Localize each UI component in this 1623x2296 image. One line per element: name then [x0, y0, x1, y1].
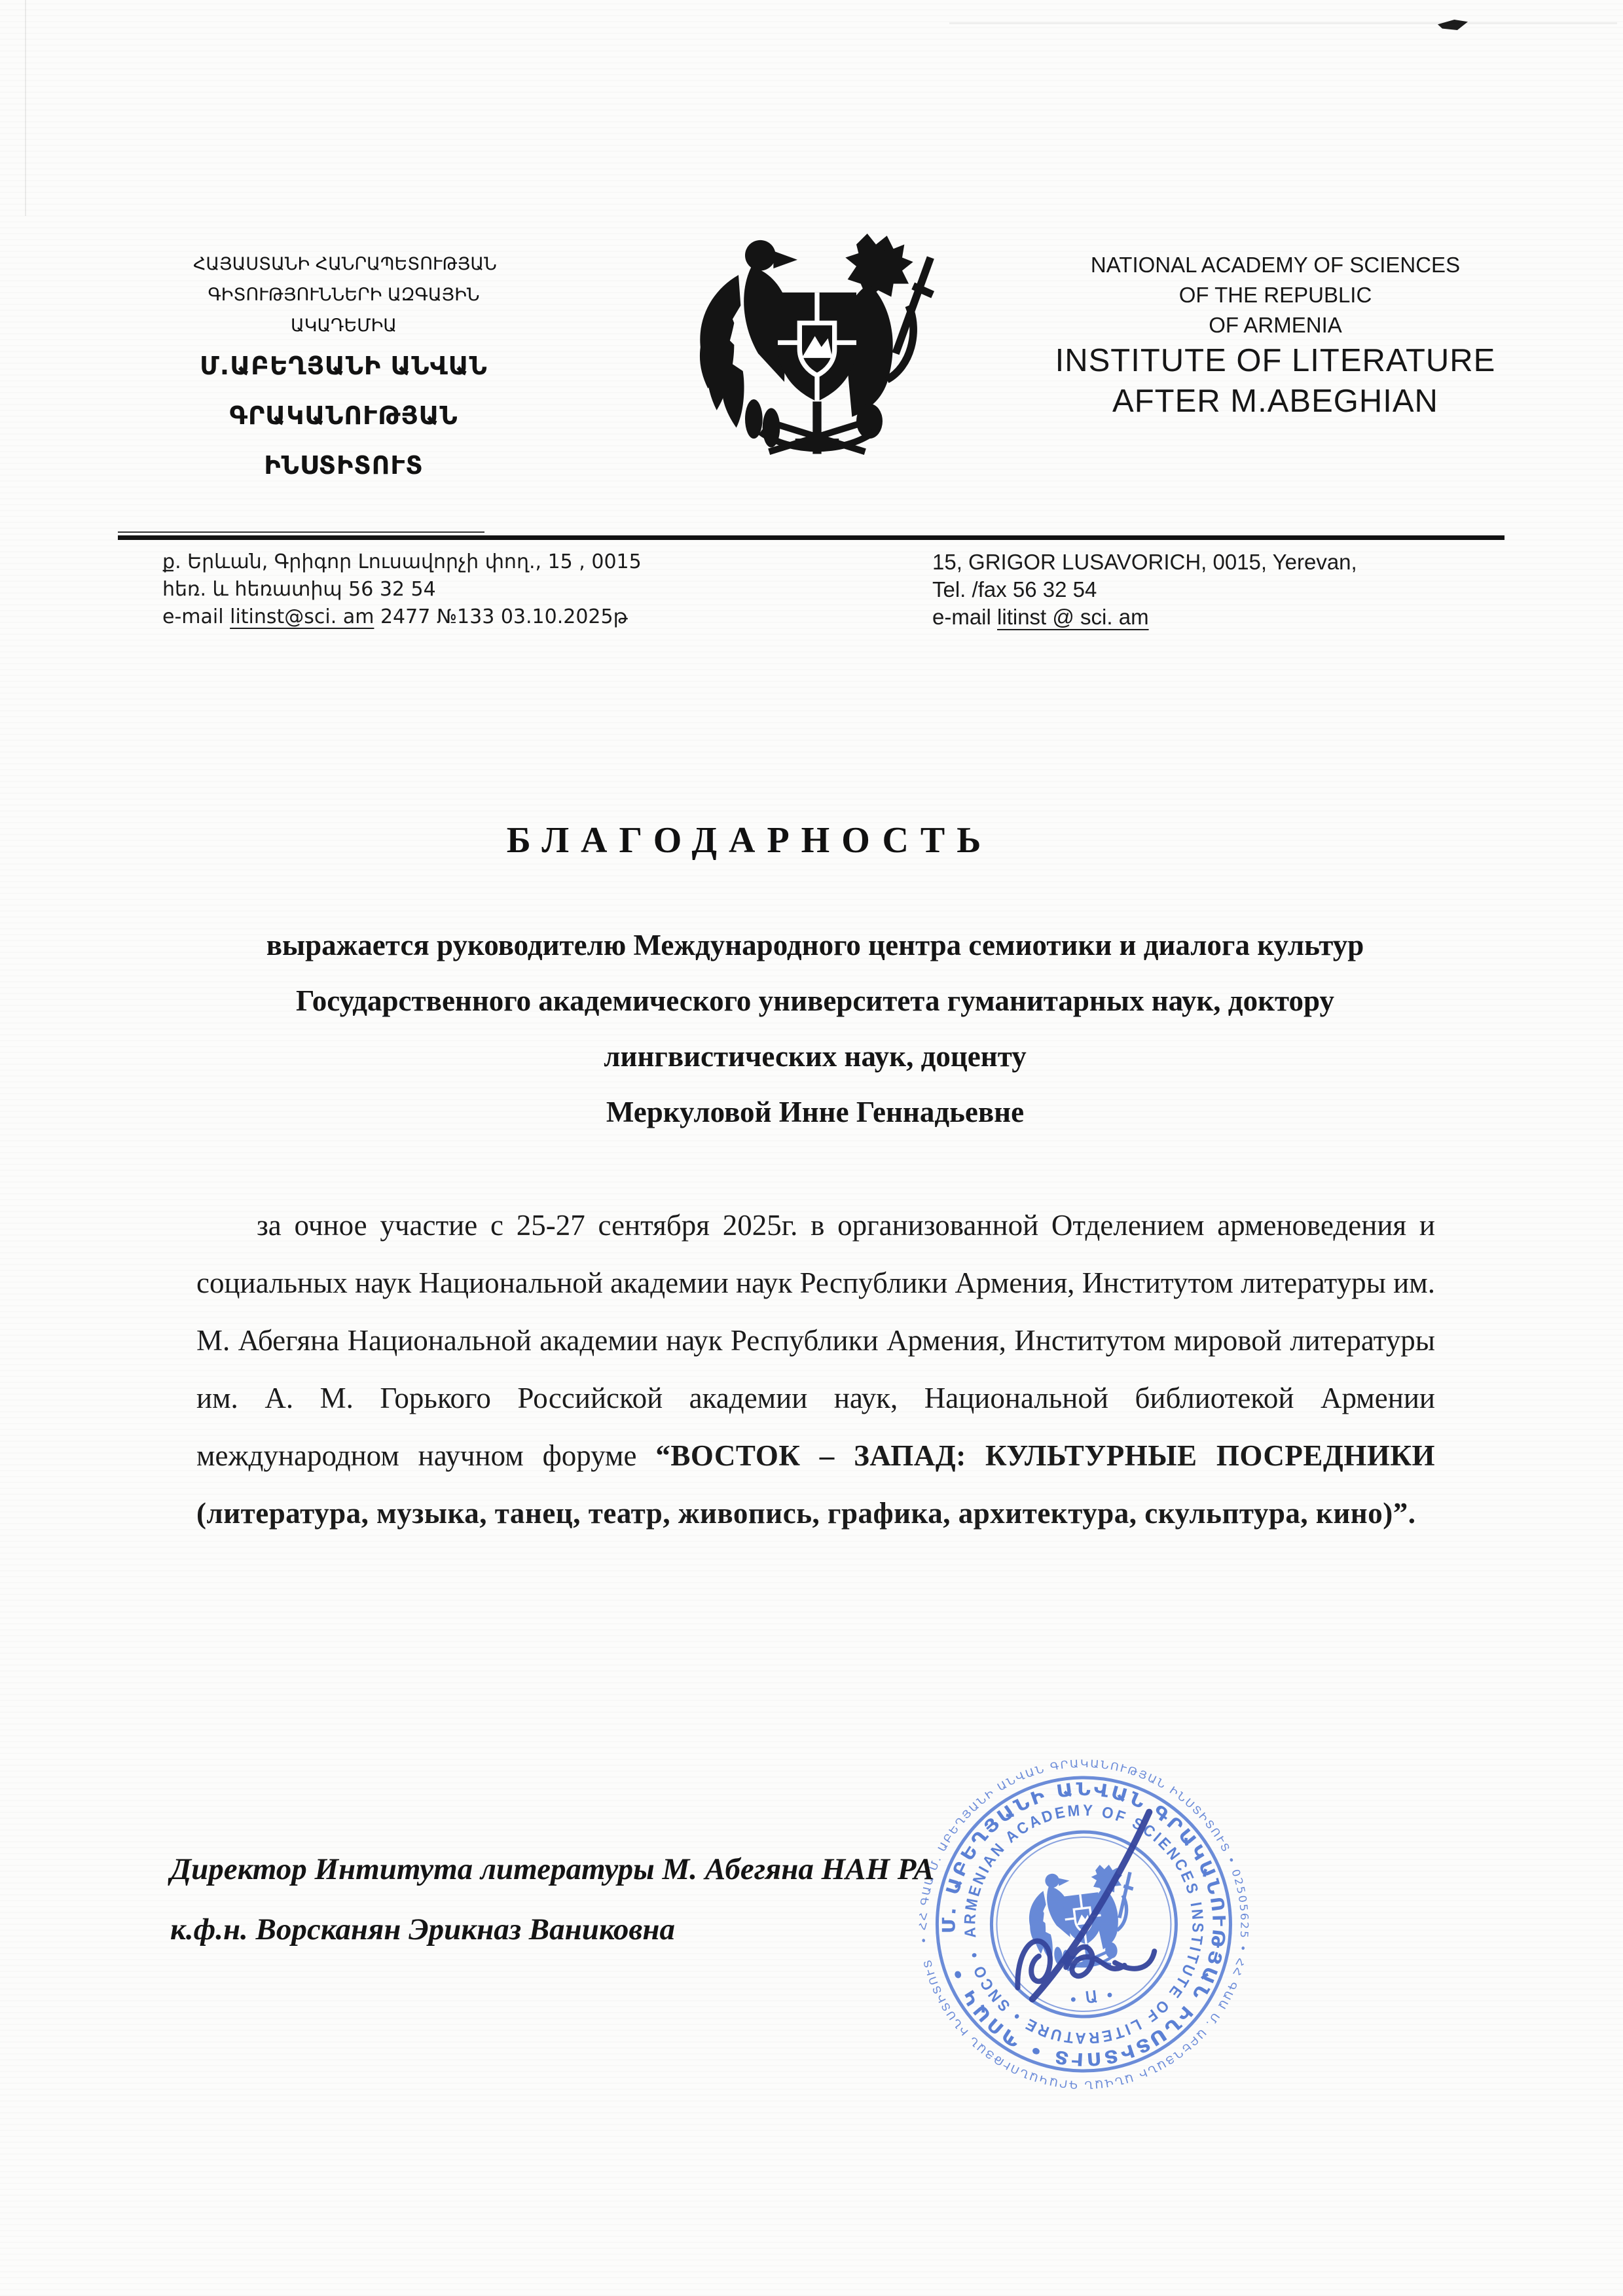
scan-edge-line: [25, 0, 26, 216]
phone-line: Tel. /fax 56 32 54: [932, 576, 1357, 603]
email-line: e-mail litinst @ sci. am: [932, 603, 1357, 631]
recipient-line: Государственного академического универси…: [196, 973, 1434, 1029]
letterhead-armenian-institute-line: ԳՐԱԿԱՆՈՒԹՅԱՆ: [193, 391, 494, 440]
recipient-line: лингвистических наук, доценту: [196, 1029, 1434, 1085]
contact-block-armenian: ք. Երևան, Գրիգոր Լուսավորչի փող., 15 , 0…: [162, 548, 642, 631]
armenia-coat-of-arms-icon: [686, 220, 948, 478]
scan-artifact-mark: [1438, 20, 1468, 30]
address-line: ք. Երևան, Գրիգոր Լուսավորչի փող., 15 , 0…: [162, 548, 642, 576]
letterhead-divider-rule: [118, 535, 1504, 540]
letterhead-divider-echo: [118, 531, 484, 533]
reference-number: 2477 №133 03.10.2025թ: [374, 605, 627, 628]
letterhead-english-line: NATIONAL ACADEMY OF SCIENCES: [1053, 250, 1498, 280]
recipient-name: Меркуловой Инне Геннадьевне: [196, 1085, 1434, 1140]
signature-block: Директор Интитута литературы М. Абегяна …: [170, 1839, 1152, 1960]
letterhead-english-line: OF THE REPUBLIC: [1053, 280, 1498, 310]
letterhead-english-institute-line: AFTER M.ABEGHIAN: [1053, 381, 1498, 422]
signatory-position-line: Директор Интитута литературы М. Абегяна …: [170, 1839, 1152, 1899]
letterhead-armenian-institute-line: Մ.ԱԲԵՂՅԱՆԻ ԱՆՎԱՆ: [193, 341, 494, 391]
letter-body-paragraph: за очное участие с 25-27 сентября 2025г.…: [196, 1196, 1435, 1542]
letterhead-armenian-institute-line: ԻՆՍՏԻՏՈՒՏ: [193, 440, 494, 490]
signatory-name-line: к.ф.н. Ворсканян Эрикназ Ваниковна: [170, 1899, 1152, 1960]
email-address: litinst @ sci. am: [997, 605, 1149, 629]
letterhead-armenian-line: ԳԻՏՈՒԹՅՈՒՆՆԵՐԻ ԱԶԳԱՅԻՆ: [193, 279, 494, 310]
letter-title: БЛАГОДАРНОСТЬ: [131, 819, 1368, 861]
body-text: за очное участие с 25-27 сентября 2025г.…: [196, 1209, 1435, 1472]
recipient-block: выражается руководителю Международного ц…: [196, 918, 1434, 1140]
letterhead-english-line: OF ARMENIA: [1053, 310, 1498, 340]
address-line: 15, GRIGOR LUSAVORICH, 0015, Yerevan,: [932, 548, 1357, 576]
phone-line: հեռ. և հեռատիպ 56 32 54: [162, 576, 642, 603]
email-address: litinst@sci. am: [230, 605, 374, 628]
scanned-letter-page: ՀԱՅԱՍՏԱՆԻ ՀԱՆՐԱՊԵՏՈՒԹՅԱՆ ԳԻՏՈՒԹՅՈՒՆՆԵՐԻ …: [0, 0, 1623, 2296]
letterhead-english: NATIONAL ACADEMY OF SCIENCES OF THE REPU…: [1053, 250, 1498, 422]
letterhead-armenian-line: ԱԿԱԴԵՄԻԱ: [193, 310, 494, 341]
email-label: e-mail: [932, 605, 997, 629]
email-label: e-mail: [162, 605, 230, 628]
seal-bottom-mark: • Ա •: [1070, 1986, 1116, 2009]
email-line: e-mail litinst@sci. am 2477 №133 03.10.2…: [162, 603, 642, 631]
recipient-line: выражается руководителю Международного ц…: [196, 918, 1434, 973]
letterhead-armenian: ՀԱՅԱՍՏԱՆԻ ՀԱՆՐԱՊԵՏՈՒԹՅԱՆ ԳԻՏՈՒԹՅՈՒՆՆԵՐԻ …: [193, 249, 494, 490]
scan-artifact-streak: [949, 22, 1617, 24]
letterhead-armenian-line: ՀԱՅԱՍՏԱՆԻ ՀԱՆՐԱՊԵՏՈՒԹՅԱՆ: [193, 249, 494, 279]
contact-block-english: 15, GRIGOR LUSAVORICH, 0015, Yerevan, Te…: [932, 548, 1357, 631]
letterhead-english-institute-line: INSTITUTE OF LITERATURE: [1053, 340, 1498, 381]
